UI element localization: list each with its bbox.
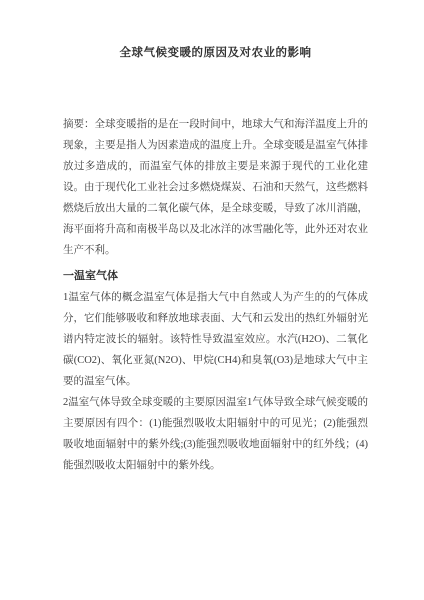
document-title: 全球气候变暖的原因及对农业的影响 [63,44,368,62]
section-heading-greenhouse-gas: 一温室气体 [63,266,368,287]
abstract-paragraph: 摘要：全球变暖指的是在一段时间中，地球大气和海洋温度上升的现象，主要是指人为因素… [63,114,368,261]
document-page: 全球气候变暖的原因及对农业的影响 摘要：全球变暖指的是在一段时间中，地球大气和海… [0,0,424,600]
body-paragraph-warming-causes: 2温室气体导致全球变暖的主要原因温室1气体导致全球气候变暖的主要原因有四个：(1… [63,392,368,476]
body-paragraph-greenhouse-concept: 1温室气体的概念温室气体是指大气中自然或人为产生的的气体成分，它们能够吸收和释放… [63,287,368,392]
